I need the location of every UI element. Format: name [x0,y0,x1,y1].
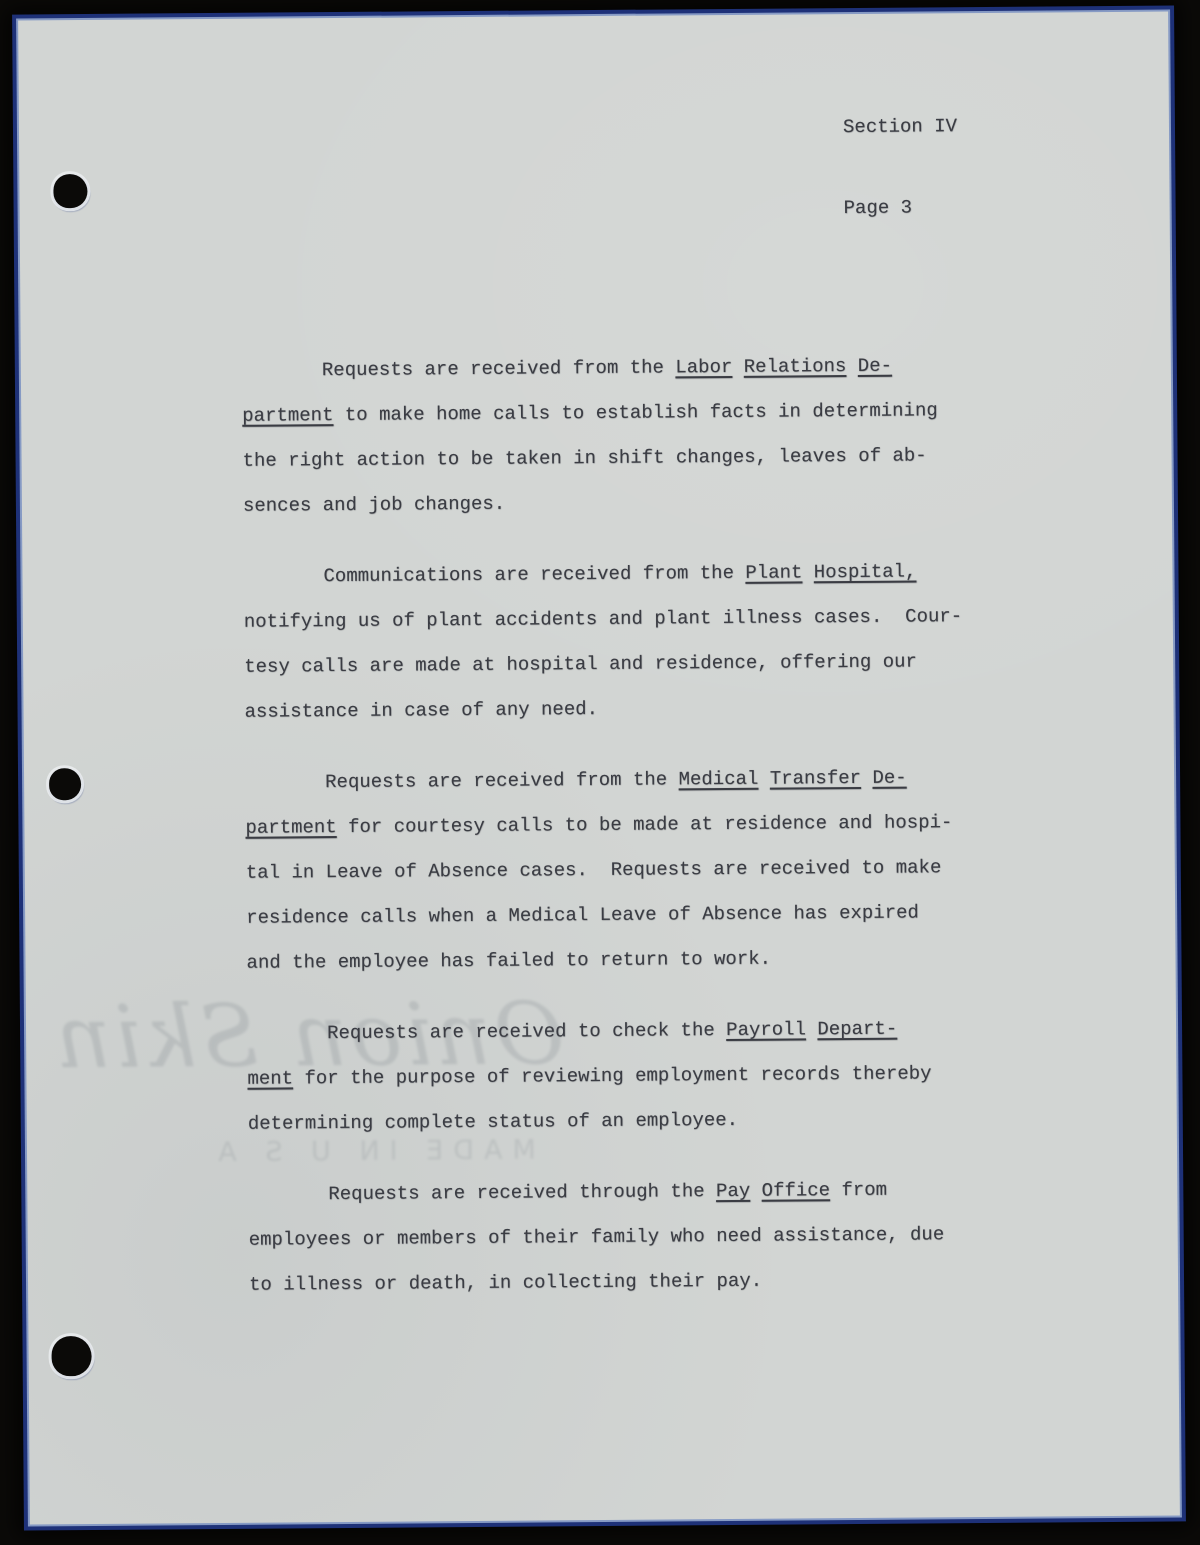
underlined-phrase: partment [245,816,336,839]
text-segment: to illness or death, in collecting their… [249,1270,762,1296]
text-segment: notifying us of plant accidents and plan… [244,605,962,633]
document-body: Requests are received from the Labor Rel… [242,343,1040,1334]
hole-punch [49,768,81,800]
text-line: Requests are received to check the Payro… [247,1006,1037,1057]
text-segment [750,1180,762,1202]
text-line: sences and job changes. [243,478,1033,529]
underlined-phrase: Labor [675,356,732,378]
underlined-phrase: Transfer [770,767,861,790]
text-line: ment for the purpose of reviewing employ… [247,1051,1037,1102]
paragraph: Requests are received from the Medical T… [245,755,1037,986]
text-segment [846,355,858,377]
underlined-phrase: Plant [745,561,802,583]
text-segment: Communications are received from the [323,562,745,587]
text-line: and the employee has failed to return to… [246,935,1036,986]
text-line: partment to make home calls to establish… [242,388,1032,439]
text-segment: the right action to be taken in shift ch… [242,444,926,471]
text-line: the right action to be taken in shift ch… [242,433,1032,484]
text-segment: employees or members of their family who… [249,1223,945,1250]
text-line: partment for courtesy calls to be made a… [245,800,1035,851]
text-line: tal in Leave of Absence cases. Requests … [246,845,1036,896]
scan-background: Onion Skin MADE IN U S A Section IV Page… [0,0,1200,1545]
text-segment: Requests are received through the [328,1180,716,1205]
text-segment [758,768,770,790]
text-line: Requests are received through the Pay Of… [248,1167,1038,1218]
underlined-phrase: De- [858,355,892,377]
text-segment [802,561,814,583]
section-label: Section IV [843,113,957,141]
text-segment: Requests are received from the [325,768,679,793]
text-segment: residence calls when a Medical Leave of … [246,901,919,928]
paragraph: Communications are received from the Pla… [243,549,1034,735]
text-segment: and the employee has failed to return to… [246,948,771,974]
paragraph: Requests are received to check the Payro… [247,1006,1038,1147]
text-segment: to make home calls to establish facts in… [333,399,937,426]
text-segment [806,1018,818,1040]
document-page: Onion Skin MADE IN U S A Section IV Page… [18,12,1180,1525]
underlined-phrase: Office [762,1179,831,1202]
text-segment [861,767,873,789]
hole-punches [18,12,1168,21]
text-line: Communications are received from the Pla… [243,549,1033,600]
underlined-phrase: Medical [678,768,758,791]
text-line: employees or members of their family who… [249,1212,1039,1263]
page-number-label: Page 3 [844,194,958,222]
paragraph: Requests are received from the Labor Rel… [242,343,1033,529]
page-header: Section IV Page 3 [842,59,958,276]
underlined-phrase: ment [247,1067,293,1089]
text-line: residence calls when a Medical Leave of … [246,890,1036,941]
text-segment: for courtesy calls to be made at residen… [337,811,953,838]
text-line: determining complete status of an employ… [248,1096,1038,1147]
text-segment: tesy calls are made at hospital and resi… [244,651,917,678]
hole-punch [53,174,87,208]
text-line: assistance in case of any need. [244,684,1034,735]
text-line: tesy calls are made at hospital and resi… [244,639,1034,690]
underlined-phrase: Relations [744,355,847,378]
hole-punch [51,1336,91,1376]
text-segment: from [830,1179,887,1201]
paragraph: Requests are received through the Pay Of… [248,1167,1039,1308]
text-line: notifying us of plant accidents and plan… [244,594,1034,645]
text-segment [732,356,744,378]
text-line: Requests are received from the Medical T… [245,755,1035,806]
underlined-phrase: Depart- [817,1018,897,1041]
underlined-phrase: Hospital, [814,561,917,584]
underlined-phrase: Payroll [726,1018,806,1041]
underlined-phrase: De- [872,767,906,789]
text-line: to illness or death, in collecting their… [249,1257,1039,1308]
text-segment: for the purpose of reviewing employment … [293,1062,932,1089]
text-segment: Requests are received to check the [327,1019,726,1044]
text-segment: determining complete status of an employ… [248,1109,738,1135]
underlined-phrase: Pay [716,1180,750,1202]
text-segment: tal in Leave of Absence cases. Requests … [246,856,942,883]
text-segment: sences and job changes. [243,493,505,517]
underlined-phrase: partment [242,404,333,427]
text-segment: assistance in case of any need. [244,698,598,723]
text-line: Requests are received from the Labor Rel… [242,343,1032,394]
text-segment: Requests are received from the [322,356,676,381]
